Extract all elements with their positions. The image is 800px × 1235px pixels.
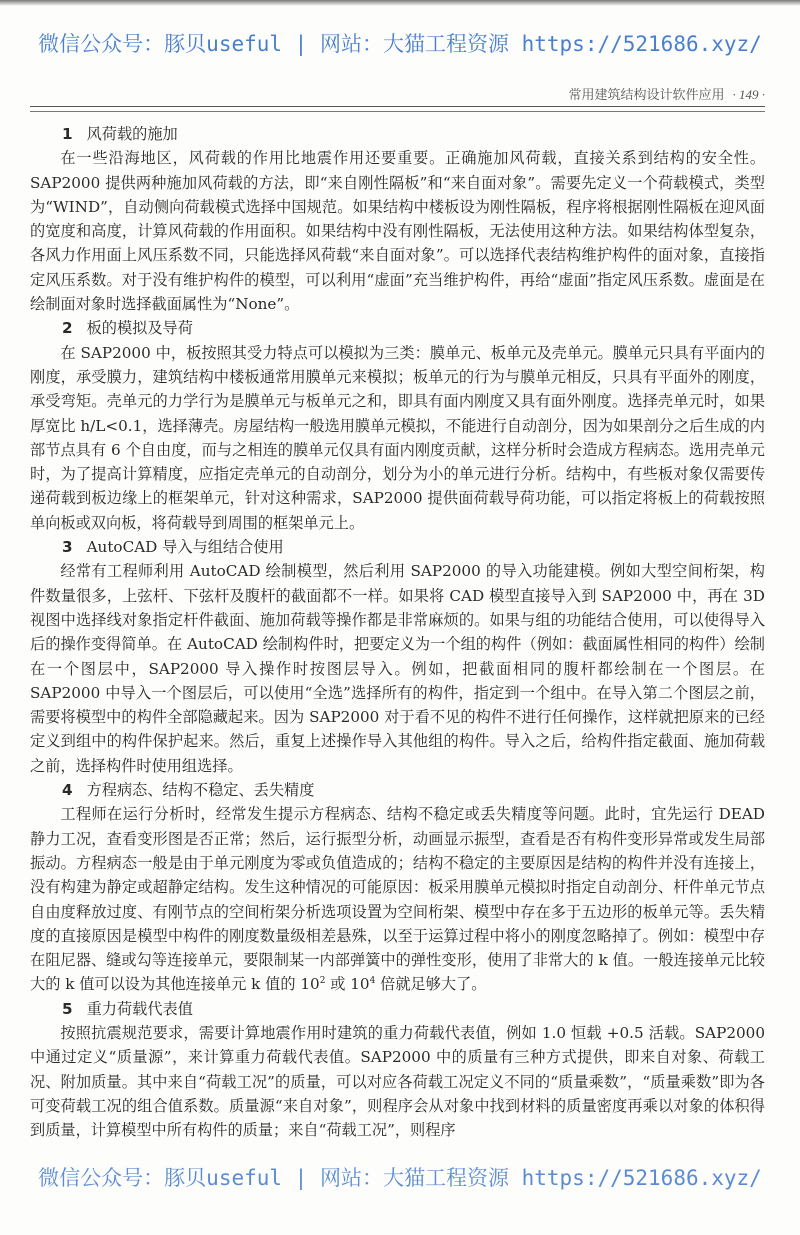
watermark-top: 微信公众号：豚贝useful | 网站：大猫工程资源 https://52168… [0,28,800,58]
section-heading-3: 3AutoCAD 导入与组结合使用 [30,535,765,559]
header-rule [30,106,765,112]
paragraph-text: 倍就足够大了。 [375,975,486,993]
section-paragraph-2: 在 SAP2000 中，板按照其受力特点可以模拟为三类：膜单元、板单元及壳单元。… [30,341,765,535]
section-heading-5: 5重力荷载代表值 [30,997,765,1021]
section-heading-1: 1风荷载的施加 [30,122,765,146]
section-number: 4 [62,781,73,799]
section-number: 2 [62,319,73,337]
section-title: 风荷载的施加 [87,125,178,143]
section-title: AutoCAD 导入与组结合使用 [87,538,284,556]
section-paragraph-1: 在一些沿海地区，风荷载的作用比地震作用还要重要。正确施加风荷载，直接关系到结构的… [30,146,765,316]
section-heading-4: 4方程病态、结构不稳定、丢失精度 [30,778,765,802]
paragraph-text: 或 10 [325,975,369,993]
running-head: 常用建筑结构设计软件应用· 149 · [30,84,765,103]
section-number: 3 [62,538,73,556]
section-title: 板的模拟及导荷 [87,319,193,337]
section-number: 5 [62,1000,73,1018]
paragraph-text: 工程师在运行分析时，经常发生提示方程病态、结构不稳定或丢失精度等问题。此时，宜先… [30,805,765,993]
page-number: · 149 · [733,87,766,102]
section-title: 重力荷载代表值 [87,1000,193,1018]
section-paragraph-5: 按照抗震规范要求，需要计算地震作用时建筑的重力荷载代表值，例如 1.0 恒载 +… [30,1021,765,1142]
section-paragraph-3: 经常有工程师利用 AutoCAD 绘制模型，然后利用 SAP2000 的导入功能… [30,559,765,778]
page-body: 1风荷载的施加 在一些沿海地区，风荷载的作用比地震作用还要重要。正确施加风荷载，… [30,122,765,1142]
section-title: 方程病态、结构不稳定、丢失精度 [87,781,315,799]
section-paragraph-4: 工程师在运行分析时，经常发生提示方程病态、结构不稳定或丢失精度等问题。此时，宜先… [30,802,765,996]
section-number: 1 [62,125,73,143]
watermark-bottom: 微信公众号：豚贝useful | 网站：大猫工程资源 https://52168… [0,1162,800,1192]
section-heading-2: 2板的模拟及导荷 [30,316,765,340]
scan-shadow [0,0,800,6]
running-head-title: 常用建筑结构设计软件应用 [568,88,724,103]
